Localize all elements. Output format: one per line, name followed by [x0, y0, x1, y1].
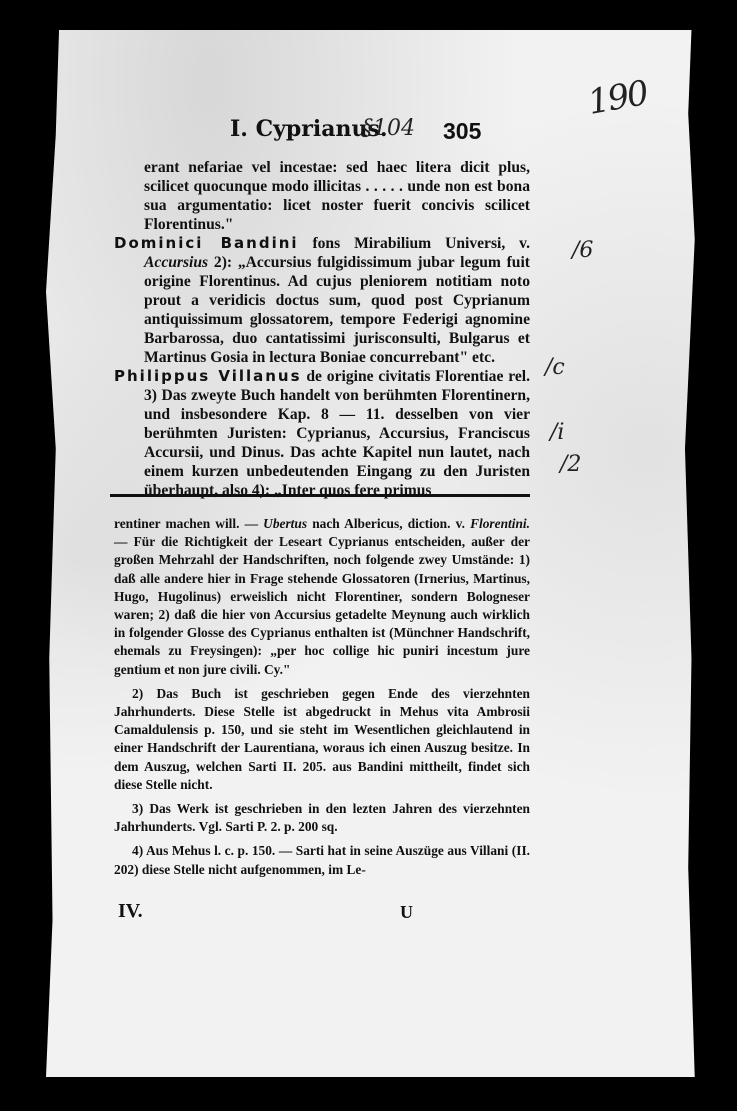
footnote-marker: 2)	[132, 686, 143, 701]
footnote-text: Aus Mehus l. c. p. 150. — Sarti hat in s…	[114, 843, 530, 876]
author-name: Dominici Bandini	[114, 234, 299, 252]
footnote-2: 2) Das Buch ist geschrieben gegen Ende d…	[114, 685, 530, 794]
footnote-text: rentiner machen will. —	[114, 516, 263, 531]
italic-term: Florentini.	[470, 516, 530, 531]
footnote-marker: 3)	[132, 801, 143, 816]
footnotes: rentiner machen will. — Ubertus nach Alb…	[114, 515, 530, 885]
main-text: erant nefariae vel incestae: sed haec li…	[114, 158, 530, 500]
footnote-4: 4) Aus Mehus l. c. p. 150. — Sarti hat i…	[114, 842, 530, 878]
signature-mark-right: U	[400, 902, 413, 923]
footnote-3: 3) Das Werk ist geschrieben in den lezte…	[114, 800, 530, 836]
entry-text: fons Mirabilium Universi, v.	[299, 235, 530, 252]
footnote-text: Das Buch ist geschrieben gegen Ende des …	[114, 686, 530, 792]
footnote-continuation: rentiner machen will. — Ubertus nach Alb…	[114, 515, 530, 679]
entry-text: de origine civitatis Florentiae rel. 3) …	[144, 368, 530, 499]
italic-term: Accursius	[144, 254, 208, 271]
footnote-text: nach Albericus, diction. v.	[307, 516, 470, 531]
margin-mark: /c	[545, 355, 565, 380]
entry-bandini: Dominici Bandini fons Mirabilium Univers…	[114, 234, 530, 367]
italic-term: Ubertus	[263, 516, 307, 531]
margin-mark: /6	[572, 238, 593, 263]
margin-mark: /i	[550, 420, 564, 445]
quote-continuation: erant nefariae vel incestae: sed haec li…	[114, 158, 530, 234]
entry-villanus: Philippus Villanus de origine civitatis …	[114, 367, 530, 500]
signature-mark-left: IV.	[118, 900, 143, 923]
handwritten-section-mark: §104	[362, 116, 415, 141]
footnote-text: — Für die Richtigkeit der Leseart Cypria…	[114, 534, 530, 676]
footnote-text: Das Werk ist geschrieben in den lezten J…	[114, 801, 530, 834]
footnote-separator	[110, 494, 530, 497]
margin-mark: /2	[560, 452, 581, 477]
author-name: Philippus Villanus	[114, 367, 302, 385]
footnote-marker: 4)	[132, 843, 143, 858]
page-number: 305	[443, 118, 481, 145]
